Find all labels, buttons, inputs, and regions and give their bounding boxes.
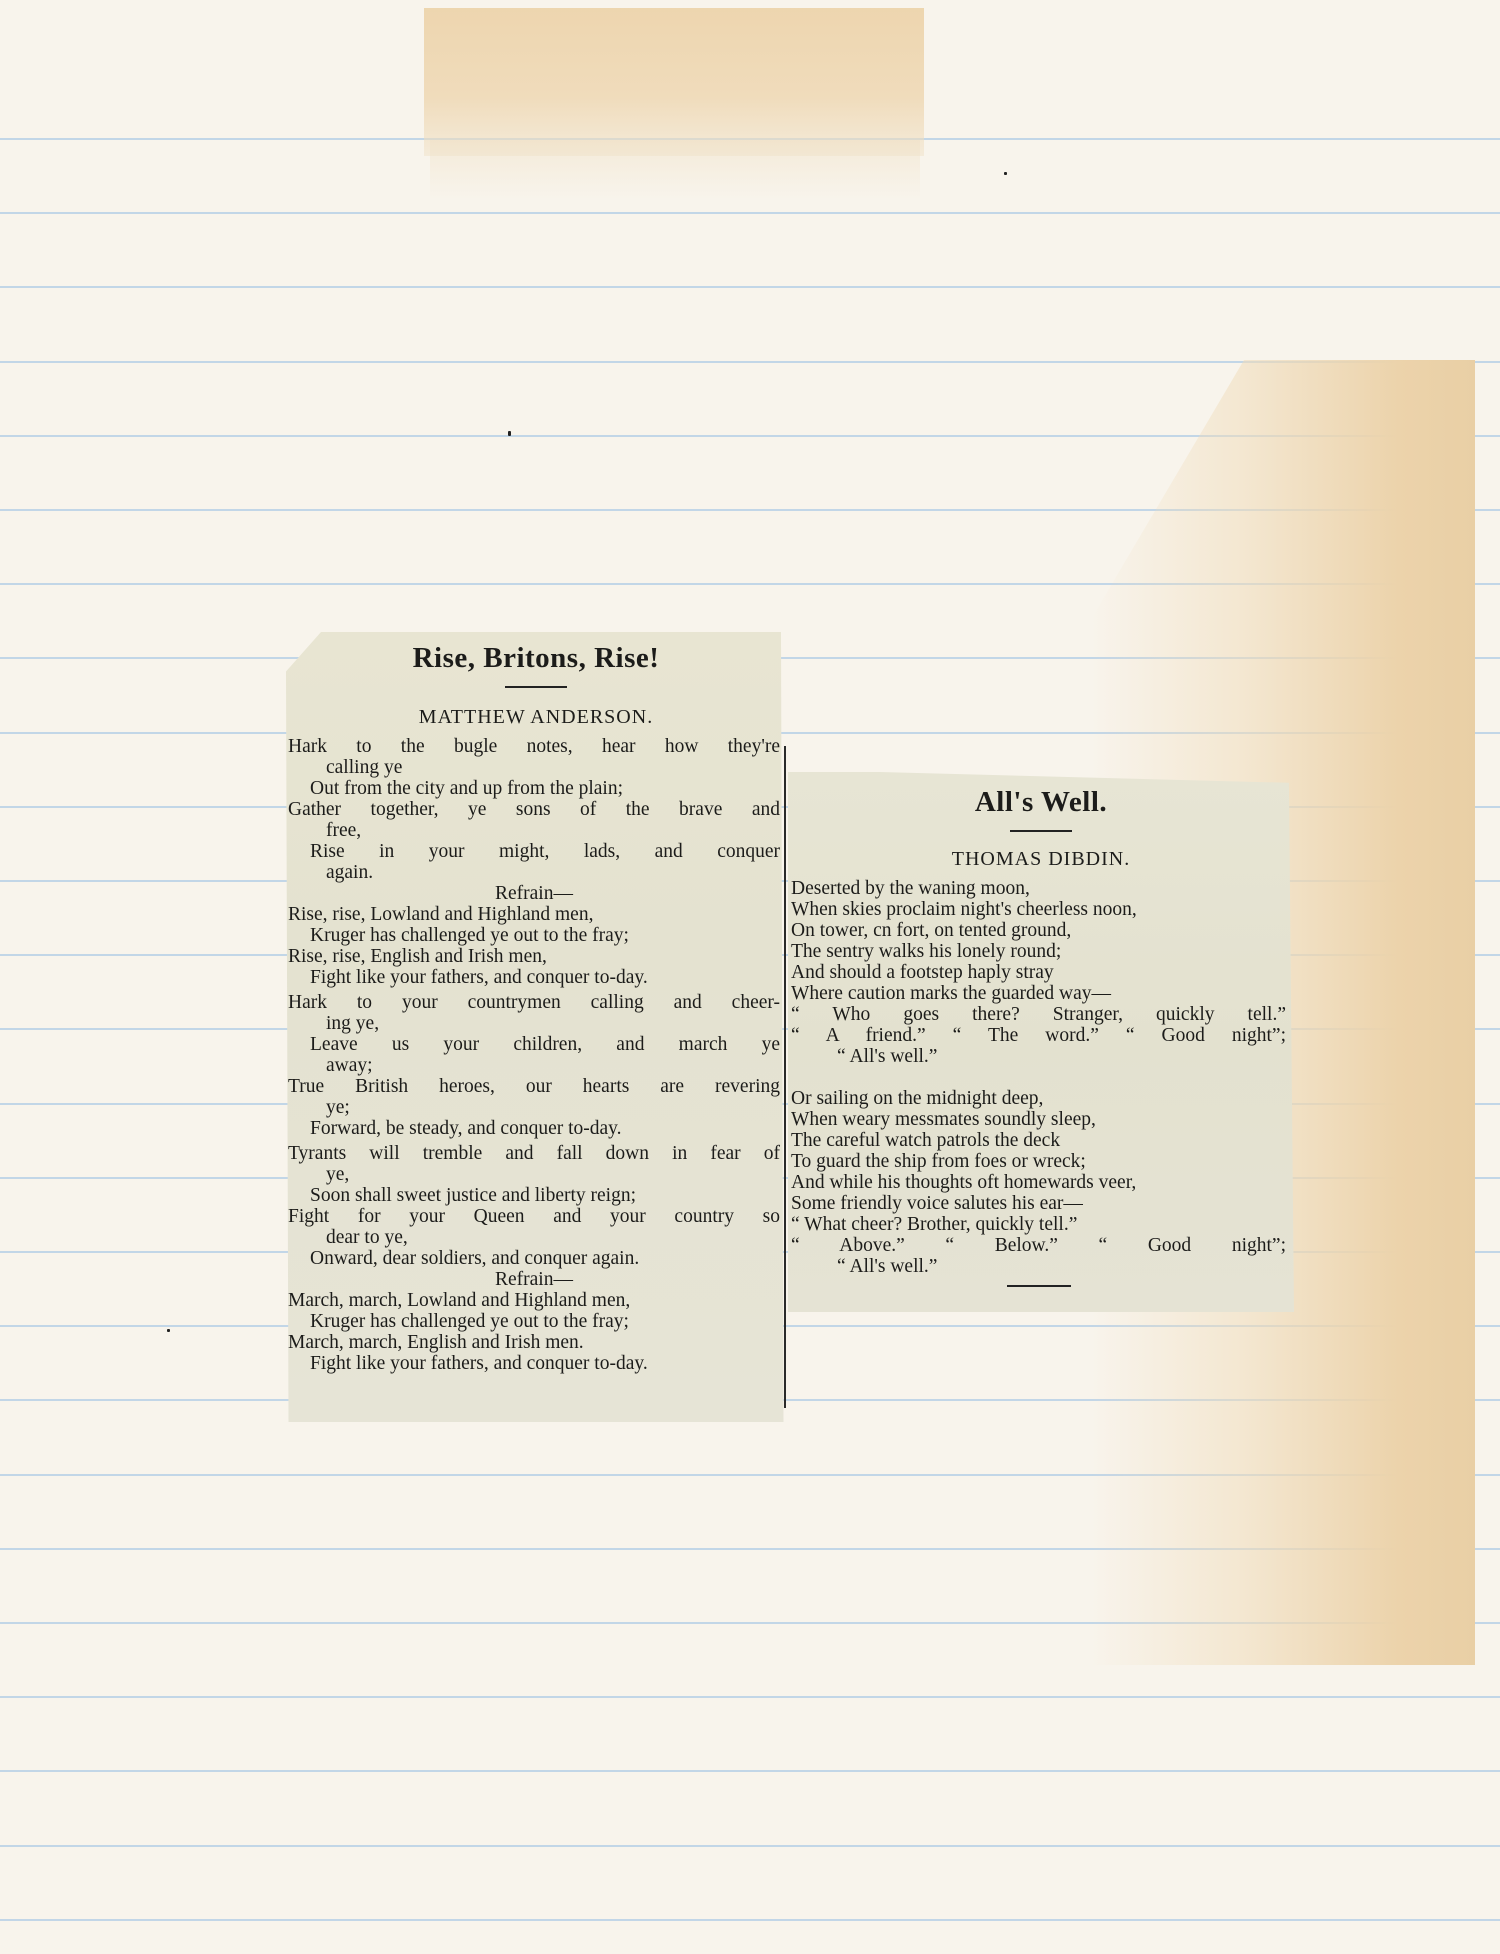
- poem-line: free,: [288, 820, 780, 841]
- poem-line: March, march, English and Irish men.: [288, 1332, 780, 1353]
- poem-line: calling ye: [288, 757, 780, 778]
- ruled-line: [0, 1770, 1500, 1772]
- ruled-line: [0, 1696, 1500, 1698]
- title-divider: [505, 686, 567, 688]
- refrain-heading: Refrain—: [288, 883, 780, 904]
- speck: [167, 1329, 170, 1332]
- poem-line: Fight like your fathers, and conquer to-…: [288, 1353, 780, 1374]
- poem-line: away;: [288, 1055, 780, 1076]
- poem-line: March, march, Lowland and Highland men,: [288, 1290, 780, 1311]
- poem-line: And should a footstep haply stray: [791, 962, 1286, 983]
- ruled-line: [0, 1845, 1500, 1847]
- column-rule: [784, 746, 786, 1408]
- poem-line: When weary messmates soundly sleep,: [791, 1109, 1286, 1130]
- speck: [508, 431, 511, 436]
- newspaper-clipping-rise-britons-rise: Rise, Britons, Rise! MATTHEW ANDERSON. H…: [286, 632, 786, 1422]
- poem-line: The sentry walks his lonely round;: [791, 941, 1286, 962]
- ruled-line: [0, 1919, 1500, 1921]
- poem-line: ye,: [288, 1164, 780, 1185]
- poem-author: MATTHEW ANDERSON.: [286, 706, 786, 729]
- ruled-line: [0, 286, 1500, 288]
- end-divider: [1007, 1285, 1071, 1287]
- poem-line: “ All's well.”: [791, 1046, 1286, 1067]
- poem-line: ye;: [288, 1097, 780, 1118]
- poem-line: Out from the city and up from the plain;: [288, 778, 780, 799]
- poem-line: And while his thoughts oft homewards vee…: [791, 1172, 1286, 1193]
- poem-line: Hark to the bugle notes, hear how they'r…: [288, 736, 780, 757]
- poem-line: again.: [288, 862, 780, 883]
- poem-line: On tower, cn fort, on tented ground,: [791, 920, 1286, 941]
- tape-stain-top: [424, 8, 924, 156]
- poem-line: Leave us your children, and march ye: [288, 1034, 780, 1055]
- poem-line: The careful watch patrols the deck: [791, 1130, 1286, 1151]
- poem-line: Fight for your Queen and your country so: [288, 1206, 780, 1227]
- poem-line: “ A friend.” “ The word.” “ Good night”;: [791, 1025, 1286, 1046]
- poem-line: Kruger has challenged ye out to the fray…: [288, 925, 780, 946]
- newspaper-clipping-alls-well: All's Well. THOMAS DIBDIN. Deserted by t…: [788, 772, 1294, 1312]
- poem-line: Rise in your might, lads, and conquer: [288, 841, 780, 862]
- poem-line: True British heroes, our hearts are reve…: [288, 1076, 780, 1097]
- poem-title: Rise, Britons, Rise!: [286, 642, 786, 675]
- poem-body: Hark to the bugle notes, hear how they'r…: [288, 736, 780, 1374]
- poem-line: “ Who goes there? Stranger, quickly tell…: [791, 1004, 1286, 1025]
- poem-line: Some friendly voice salutes his ear—: [791, 1193, 1286, 1214]
- poem-line: Or sailing on the midnight deep,: [791, 1088, 1286, 1109]
- poem-line: Forward, be steady, and conquer to-day.: [288, 1118, 780, 1139]
- poem-line: To guard the ship from foes or wreck;: [791, 1151, 1286, 1172]
- poem-line: Where caution marks the guarded way—: [791, 983, 1286, 1004]
- stanza-gap: [791, 1067, 1286, 1088]
- poem-line: “ All's well.”: [791, 1256, 1286, 1277]
- poem-line: Kruger has challenged ye out to the fray…: [288, 1311, 780, 1332]
- poem-line: Hark to your countrymen calling and chee…: [288, 992, 780, 1013]
- poem-line: Gather together, ye sons of the brave an…: [288, 799, 780, 820]
- poem-line: When skies proclaim night's cheerless no…: [791, 899, 1286, 920]
- poem-line: Rise, rise, Lowland and Highland men,: [288, 904, 780, 925]
- poem-line: Rise, rise, English and Irish men,: [288, 946, 780, 967]
- poem-line: “ Above.” “ Below.” “ Good night”;: [791, 1235, 1286, 1256]
- ruled-line: [0, 212, 1500, 214]
- poem-line: Deserted by the waning moon,: [791, 878, 1286, 899]
- poem-title: All's Well.: [788, 786, 1294, 819]
- poem-line: Soon shall sweet justice and liberty rei…: [288, 1185, 780, 1206]
- poem-author: THOMAS DIBDIN.: [788, 848, 1294, 871]
- poem-line: Tyrants will tremble and fall down in fe…: [288, 1143, 780, 1164]
- poem-line: Fight like your fathers, and conquer to-…: [288, 967, 780, 988]
- poem-line: ing ye,: [288, 1013, 780, 1034]
- refrain-heading: Refrain—: [288, 1269, 780, 1290]
- poem-line: “ What cheer? Brother, quickly tell.”: [791, 1214, 1286, 1235]
- tape-stain-top-fade: [430, 140, 920, 200]
- poem-body: Deserted by the waning moon,When skies p…: [791, 878, 1286, 1287]
- speck: [1004, 172, 1007, 175]
- poem-line: dear to ye,: [288, 1227, 780, 1248]
- poem-line: Onward, dear soldiers, and conquer again…: [288, 1248, 780, 1269]
- title-divider: [1010, 830, 1072, 832]
